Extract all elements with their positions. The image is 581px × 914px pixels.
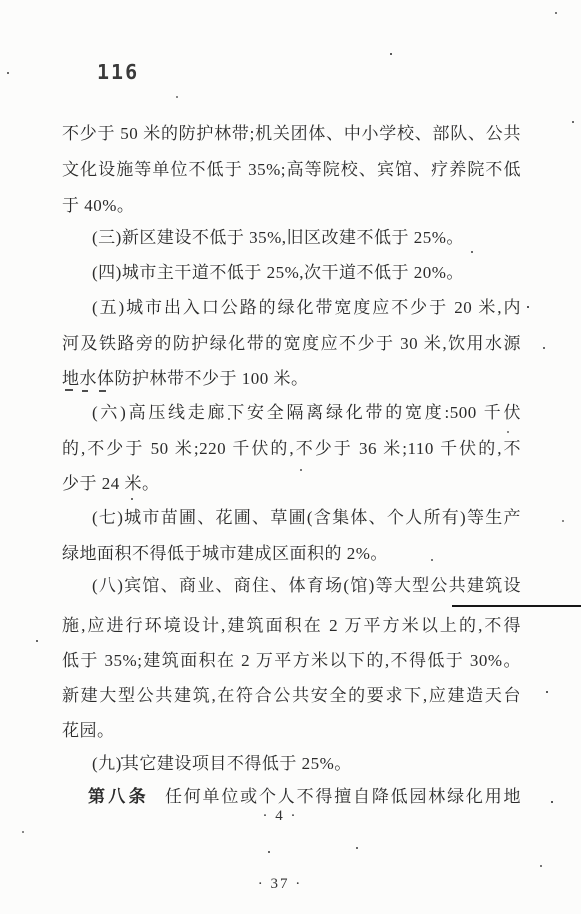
inner-page-number: · 4 · [0, 808, 560, 825]
page-stamp-number: 116 [97, 60, 139, 84]
article-line: 第八条任何单位或个人不得擅自降低园林绿化用地 [62, 784, 521, 810]
scan-noise-dash [65, 389, 73, 391]
article-text: 任何单位或个人不得擅自降低园林绿化用地 [165, 787, 521, 806]
text-line: (六)高压线走廊下安全隔离绿化带的宽度:500 千伏 [62, 400, 521, 426]
text-line: 的,不少于 50 米;220 千伏的,不少于 36 米;110 千伏的,不 [62, 436, 521, 462]
text-line: 河及铁路旁的防护绿化带的宽度应不少于 30 米,饮用水源 [62, 331, 521, 357]
text-line: (五)城市出入口公路的绿化带宽度应不少于 20 米,内 [62, 295, 521, 321]
text-line: 施,应进行环境设计,建筑面积在 2 万平方米以上的,不得 [62, 613, 521, 639]
scan-noise-dash [99, 390, 106, 392]
text-line: 新建大型公共建筑,在符合公共安全的要求下,应建造天台 [62, 683, 521, 709]
text-line: 花园。 [62, 718, 521, 744]
text-line: 不少于 50 米的防护林带;机关团体、中小学校、部队、公共 [62, 121, 521, 147]
text-line: (七)城市苗圃、花圃、草圃(含集体、个人所有)等生产 [62, 505, 521, 531]
text-line: 文化设施等单位不低于 35%;高等院校、宾馆、疗养院不低 [62, 157, 521, 183]
scan-noise-dash [82, 390, 88, 392]
scan-artifact-line [452, 605, 581, 607]
article-number: 第八条 [88, 787, 149, 806]
scan-noise [0, 0, 2, 2]
scanned-document-page: 116 不少于 50 米的防护林带;机关团体、中小学校、部队、公共 文化设施等单… [0, 0, 581, 914]
text-line: (九)其它建设项目不得低于 25%。 [62, 751, 521, 777]
text-line: 绿地面积不得低于城市建成区面积的 2%。 [62, 541, 521, 567]
text-line: (三)新区建设不低于 35%,旧区改建不低于 25%。 [62, 225, 521, 251]
book-page-number: · 37 · [0, 876, 560, 893]
text-line: 低于 35%;建筑面积在 2 万平方米以下的,不得低于 30%。 [62, 648, 521, 674]
text-line: 于 40%。 [62, 193, 521, 219]
text-line: (四)城市主干道不低于 25%,次干道不低于 20%。 [62, 260, 521, 286]
text-line: (八)宾馆、商业、商住、体育场(馆)等大型公共建筑设 [62, 573, 521, 599]
text-line: 少于 24 米。 [62, 471, 521, 497]
text-line: 地水体防护林带不少于 100 米。 [62, 366, 521, 392]
